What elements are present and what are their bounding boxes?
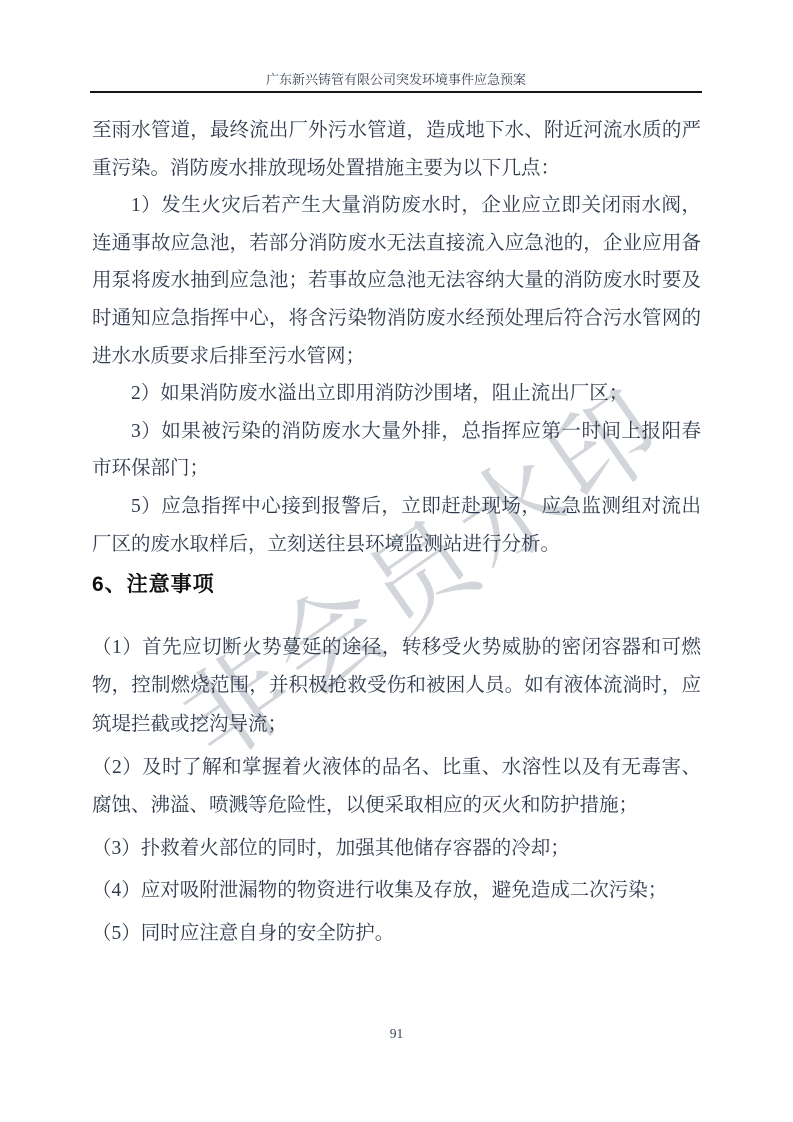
page-number: 91 (390, 1026, 404, 1041)
note-item-3: （3）扑救着火部位的同时，加强其他储存容器的冷却； (92, 830, 701, 868)
numbered-item-3: 3）如果被污染的消防废水大量外排，总指挥应第一时间上报阳春市环保部门； (92, 413, 701, 488)
note-item-5: （5）同时应注意自身的安全防护。 (92, 915, 701, 953)
section-heading-notes: 6、注意事项 (92, 572, 701, 598)
page-footer: 91 (0, 1026, 793, 1042)
numbered-item-5: 5）应急指挥中心接到报警后，立即赶赴现场，应急监测组对流出厂区的废水取样后，立刻… (92, 488, 701, 563)
note-item-1: （1）首先应切断火势蔓延的途径，转移受火势威胁的密闭容器和可燃物，控制燃烧范围，… (92, 629, 701, 744)
intro-paragraph: 至雨水管道，最终流出厂外污水管道，造成地下水、附近河流水质的严重污染。消防废水排… (92, 112, 701, 187)
document-page: 非会员水印 广东新兴铸管有限公司突发环境事件应急预案 至雨水管道，最终流出厂外污… (0, 0, 793, 1122)
numbered-item-2: 2）如果消防废水溢出立即用消防沙围堵，阻止流出厂区； (92, 375, 701, 413)
notes-list: （1）首先应切断火势蔓延的途径，转移受火势威胁的密闭容器和可燃物，控制燃烧范围，… (92, 629, 701, 953)
numbered-item-1: 1）发生火灾后若产生大量消防废水时，企业应立即关闭雨水阀，连通事故应急池，若部分… (92, 187, 701, 375)
note-item-4: （4）应对吸附泄漏物的物资进行收集及存放，避免造成二次污染； (92, 872, 701, 910)
document-body: 至雨水管道，最终流出厂外污水管道，造成地下水、附近河流水质的严重污染。消防废水排… (92, 112, 701, 954)
note-item-2: （2）及时了解和掌握着火液体的品名、比重、水溶性以及有无毒害、腐蚀、沸溢、喷溅等… (92, 749, 701, 826)
page-header: 广东新兴铸管有限公司突发环境事件应急预案 (90, 72, 702, 93)
header-title: 广东新兴铸管有限公司突发环境事件应急预案 (266, 72, 526, 87)
